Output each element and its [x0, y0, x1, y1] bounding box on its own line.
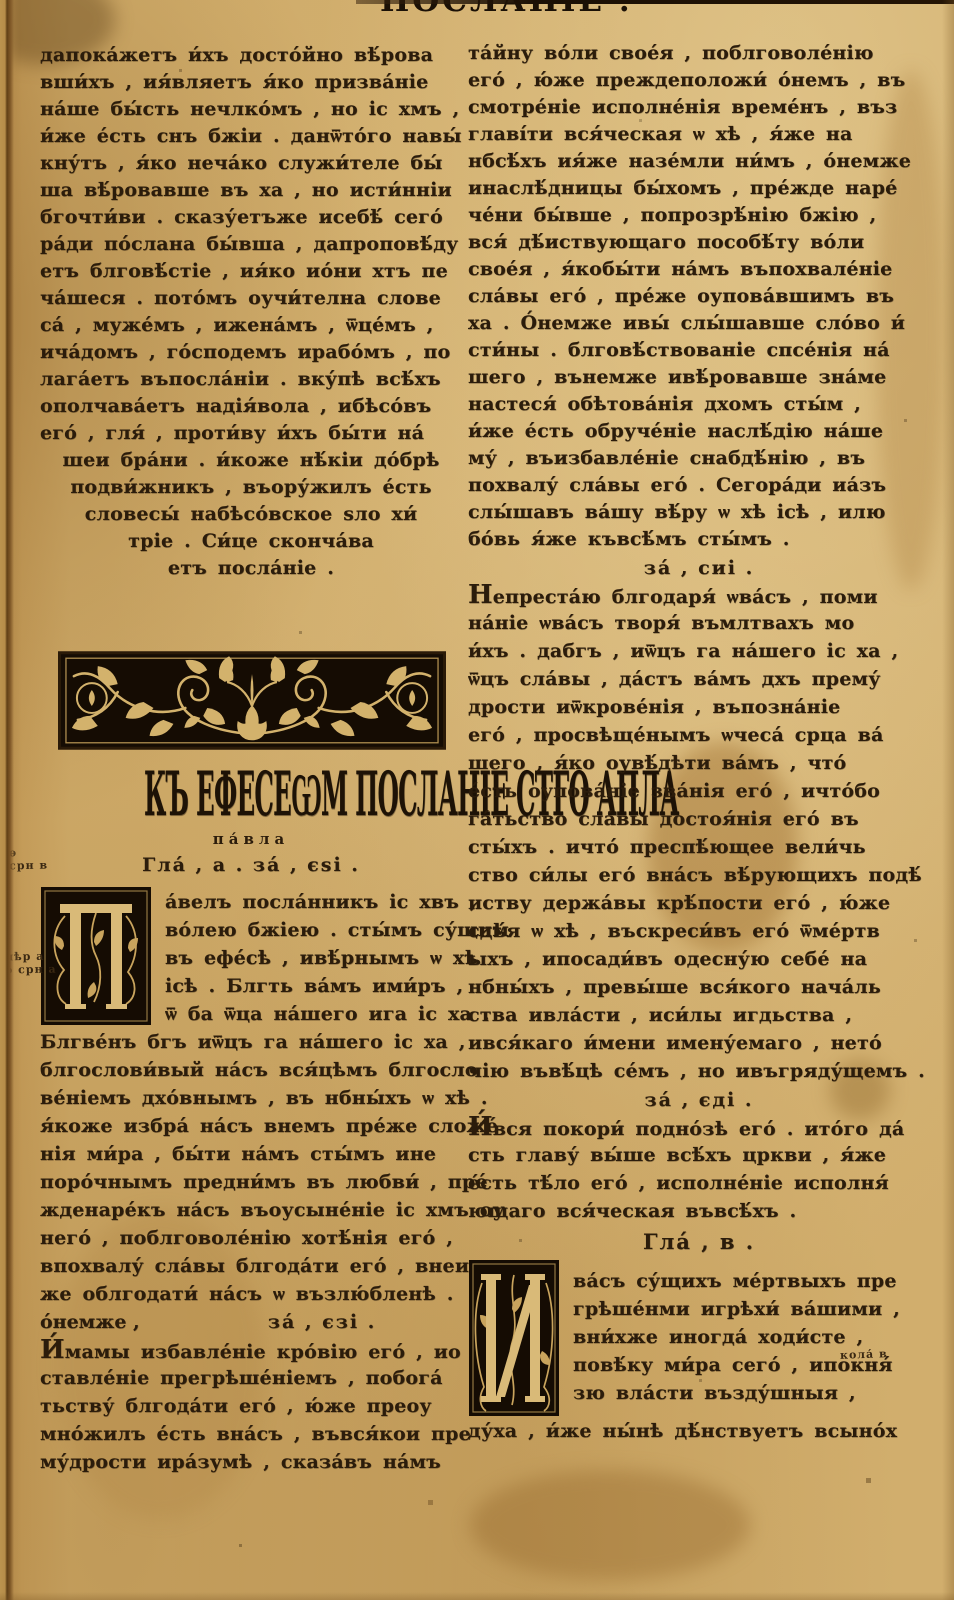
text-line: смотре́ніе исполне́нія време́нъ , въз — [468, 94, 930, 121]
chapter-1-heading: Гла́ , а . за́ , єѕі . — [40, 852, 462, 878]
text-line: ве́ніемъ дхо́внымъ , въ нбны́хъ ѡ хѣ . — [40, 1084, 462, 1112]
text-line: му́ , въизбавле́ніе снабдѣ́нію , въ — [468, 445, 930, 472]
text-line: вши́хъ , ия́вляетъ я́ко призва́ніе — [40, 69, 462, 96]
text-line: его́ , гля́ , проти́ву и́хъ бы́ти на́ — [40, 420, 462, 447]
text-line: дрости иѿкрове́нія , въпозна́ніе — [468, 693, 930, 721]
text-line: ра́ди по́слана бы́вша , дапроповѣ́ду — [40, 231, 462, 258]
text-line: Непреста́ю блгодаря́ ѡва́съ , поми — [468, 581, 930, 609]
text-line: инаслѣ́дницы бы́хомъ , пре́жде наре́ — [468, 175, 930, 202]
text-line: сты́хъ . ичто́ преспѣ́ющее вели́чь — [468, 833, 930, 861]
text-line: нія ми́ра , бы́ти на́мъ сты́мъ ине — [40, 1140, 462, 1168]
text-line: И́вся покори́ подно́зѣ его́ . ито́го да́ — [468, 1113, 930, 1141]
text-line: та́йну во́ли свое́я , поблговоле́нію — [468, 40, 930, 67]
text-line: сть главу́ вы́ше всѣ́хъ цркви , я́же — [468, 1141, 930, 1169]
text-line: слы́шавъ ва́шу вѣ́ру ѡ хѣ ісѣ , илю — [468, 499, 930, 526]
chapter-2-opening: ва́съ су́щихъ ме́ртвыхъ прегрѣше́нми игр… — [468, 1265, 930, 1417]
book-title: КЪ ЕФЕСЕѠМ ПОСЛАНІЕ СТГО АПЛА — [40, 760, 462, 828]
text-line: и́хъ . дабгъ , иѿцъ га на́шего іс ха , — [468, 637, 930, 665]
text-line: сла́вы его́ , пре́же оупова́вшимъ въ — [468, 283, 930, 310]
text-line: че́ни бы́вше , попрозрѣ́нію бжію , — [468, 202, 930, 229]
text-line: настеся́ обѣтова́нія дхомъ сты́м , — [468, 391, 930, 418]
text-line: я́коже избра́ на́съ внемъ пре́же сложе́ — [40, 1112, 462, 1140]
page-right-edge — [942, 0, 954, 1600]
ephesians-1-paragraph: Блгве́нъ бгъ иѿцъ га на́шего іс ха ,блго… — [40, 1028, 462, 1308]
text-line: дапока́жетъ и́хъ досто́йно вѣ́рова — [40, 42, 462, 69]
text-line: вни́хже иногда́ ходи́сте , — [573, 1323, 900, 1351]
text-line: и́же е́сть снъ бжіи . данѿто́го навы́ — [40, 123, 462, 150]
text-line: сдѣ́я ѡ хѣ , въскреси́въ его́ ѿме́ртв — [468, 917, 930, 945]
text-line: впохвалу́ сла́вы блгода́ти его́ , внеи — [40, 1252, 462, 1280]
opening-lines: а́велъ посла́нникъ іс хвъ ,во́лею бжіею … — [165, 886, 509, 1028]
preface-colophon: шеи бра́ни . и́коже нѣ́кіи до́брѣподви́ж… — [40, 447, 462, 582]
text-line: же облгодати́ на́съ ѡ възлю́бленѣ . — [40, 1280, 462, 1308]
text-line: кну́тъ , я́ко неча́ко служи́теле бы́ — [40, 150, 462, 177]
text-line: жденаре́къ на́съ въоусыне́ніе іс хмъ оу — [40, 1196, 462, 1224]
dropcap-P-woodcut — [40, 886, 152, 1026]
left-column: дапока́жетъ и́хъ досто́йно вѣ́ровавши́хъ… — [40, 42, 462, 1476]
text-line: во́лею бжіею . сты́мъ су́щим — [165, 916, 509, 944]
preface-end-paragraph: дапока́жетъ и́хъ досто́йно вѣ́ровавши́хъ… — [40, 42, 462, 447]
text-line: ича́домъ , го́сподемъ ирабо́мъ , по — [40, 339, 462, 366]
text-line: га́тьство сла́вы достоя́нія его́ въ — [468, 805, 930, 833]
text-line: ісѣ . Блгть ва́мъ ими́ръ , — [165, 972, 509, 1000]
text-line: и́же е́сть обруче́ніе наслѣ́дію на́ше — [468, 418, 930, 445]
text-line: ѿ ба ѿца на́шего ига іс ха . — [165, 1000, 509, 1028]
text-line: лага́етъ въпосла́ніи . вку́пѣ всѣ́хъ — [40, 366, 462, 393]
text-line: ха . О́немже ивы́ слы́шавше сло́во и́ — [468, 310, 930, 337]
text-line: етъ блговѣ́стіе , ия́ко ио́ни хтъ пе — [40, 258, 462, 285]
text-line: нбсѣ́хъ ия́же назе́мли ни́мъ , о́немже — [468, 148, 930, 175]
text-line: его́ , ю́же преждеположи́ о́немъ , въ — [468, 67, 930, 94]
text-line: е́сть тѣ́ло его́ , исполне́ніе исполня́ — [468, 1169, 930, 1197]
headpiece-woodcut — [58, 648, 446, 752]
book-title-author: па́вла — [40, 828, 462, 850]
text-line: са́ , муже́мъ , ижена́мъ , ѿце́мъ , — [40, 312, 462, 339]
text-line: ився́каго и́мени имену́емаго , нето́ — [468, 1029, 930, 1057]
text-line: етъ посла́ніе . — [40, 555, 462, 582]
text-line: похвалу́ сла́вы его́ . Сегора́ди иа́зъ — [468, 472, 930, 499]
text-line: ша вѣ́ровавше въ ха , но исти́нніи — [40, 177, 462, 204]
text-line: главі́ти вся́ческая ѡ хѣ , я́же на — [468, 121, 930, 148]
text-line: ства ивла́сти , иси́лы игдьства , — [468, 1001, 930, 1029]
text-line: чію въвѣ́цѣ се́мъ , но ивъгряду́щемъ . — [468, 1057, 930, 1085]
margin-note-colossians-ref: кола́ в — [840, 1347, 888, 1362]
verse-lead: о́немже , — [40, 1311, 140, 1333]
text-line: свое́я , я́кобы́ти на́мъ въпохвале́ніе — [468, 256, 930, 283]
final-line: ду́ха , и́же ны́нѣ дѣ́нствуетъ всыно́х — [468, 1417, 930, 1445]
text-line: му́дрости ира́зумѣ , сказа́въ на́мъ — [40, 1448, 462, 1476]
text-line: ыхъ , ипосади́въ одесну́ю себе́ на — [468, 945, 930, 973]
text-line: поро́чнымъ предни́мъ въ любви́ , пре́ — [40, 1168, 462, 1196]
text-line: ду́ха , и́же ны́нѣ дѣ́нствуетъ всыно́х — [468, 1417, 930, 1445]
text-line: словесы́ набѣсо́вское ѕло хи́ — [40, 501, 462, 528]
text-line: тьству́ блгода́ти его́ , ю́же преоу — [40, 1392, 462, 1420]
text-line: кола́ в — [840, 1347, 888, 1362]
text-line: бгочти́ви . сказу́етъже исебѣ́ сего́ — [40, 204, 462, 231]
text-line: подви́жникъ , въору́жилъ е́сть — [40, 474, 462, 501]
redemption-paragraph: И́мамы избавле́ніе кро́вію его́ , иостав… — [40, 1336, 462, 1476]
chapter-2-lines: ва́съ су́щихъ ме́ртвыхъ прегрѣше́нми игр… — [573, 1265, 900, 1407]
text-line: вся́ дѣ́иствующаго пособѣ́ту во́ли — [468, 229, 930, 256]
page-bottom-edge — [0, 1592, 954, 1600]
paper-stain — [470, 1470, 750, 1580]
page-gutter-edge — [0, 0, 20, 1600]
text-line: е́сть оупова́ніе зва́нія его́ , ичто́бо — [468, 777, 930, 805]
text-line: него́ , поблговоле́нію хотѣ́нія его́ , — [40, 1224, 462, 1252]
text-line: ющаго вся́ческая въвсѣ́хъ . — [468, 1197, 930, 1225]
dropcap-I-woodcut — [468, 1259, 560, 1417]
thanksgiving-paragraph: Непреста́ю блгодаря́ ѡва́съ , помина́ніе… — [468, 581, 930, 1085]
text-line: его́ , просвѣще́нымъ ѡчеса́ срца ва́ — [468, 721, 930, 749]
text-line: нбны́хъ , превы́ше вся́кого нача́ль — [468, 973, 930, 1001]
text-line: грѣше́нми игрѣхи́ ва́шими , — [573, 1295, 900, 1323]
text-line: И́мамы избавле́ніе кро́вію его́ , ио — [40, 1336, 462, 1364]
text-line: шего , я́ко оувѣ́дѣти ва́мъ , что́ — [468, 749, 930, 777]
text-line: блгослови́вый на́съ вся́цѣмъ блгосло — [40, 1056, 462, 1084]
text-line: ставле́ніе прегрѣше́ніемъ , побога́ — [40, 1364, 462, 1392]
text-line: зю вла́сти възду́шныя , — [573, 1379, 900, 1407]
text-line: ополчава́етъ надія́вола , ибѣсо́въ — [40, 393, 462, 420]
text-line: шеи бра́ни . и́коже нѣ́кіи до́брѣ — [40, 447, 462, 474]
text-line: ство си́лы его́ вна́съ вѣ́рующихъ подѣ́ — [468, 861, 930, 889]
text-line: тріе . Си́це сконча́ва — [40, 528, 462, 555]
text-line: въ ефе́сѣ , ивѣ́рнымъ ѡ хѣ — [165, 944, 509, 972]
text-line: ча́шеся . пото́мъ оучи́телна слове — [40, 285, 462, 312]
text-line: иству держа́вы крѣ́пости его́ , ю́же — [468, 889, 930, 917]
text-line: сти́ны . блговѣ́ствованіе спсе́нія на́ — [468, 337, 930, 364]
text-line: ва́съ су́щихъ ме́ртвыхъ пре — [573, 1267, 900, 1295]
page-top-edge — [356, 0, 954, 4]
text-line: Блгве́нъ бгъ иѿцъ га на́шего іс ха , — [40, 1028, 462, 1056]
book-page: ПОСЛАНІЕ . дапока́жетъ и́хъ досто́йно вѣ… — [0, 0, 954, 1600]
text-line: бо́вь я́же къвсѣ́мъ сты́мъ . — [468, 526, 930, 553]
text-line: а́велъ посла́нникъ іс хвъ , — [165, 888, 509, 916]
right-column: та́йну во́ли свое́я , поблговоле́ніюего́… — [468, 40, 930, 1445]
opening-paragraph: а́велъ посла́нникъ іс хвъ ,во́лею бжіею … — [40, 886, 462, 1028]
zachalo-split-line: о́немже , за́ , єзі . — [40, 1308, 462, 1336]
text-line: на́ніе ѡва́съ творя́ въмлтвахъ мо — [468, 609, 930, 637]
all-things-under-feet-paragraph: И́вся покори́ подно́зѣ его́ . ито́го да́… — [468, 1113, 930, 1225]
zachalo-17-marker: за́ , єзі . — [268, 1308, 376, 1336]
mystery-of-will-paragraph: та́йну во́ли свое́я , поблговоле́ніюего́… — [468, 40, 930, 553]
text-line: мно́жилъ е́сть вна́съ , въвся́кои пре — [40, 1420, 462, 1448]
text-line: ѿцъ сла́вы , да́стъ ва́мъ дхъ прему́ — [468, 665, 930, 693]
text-line: на́ше бы́сть нечлко́мъ , но іс хмъ , — [40, 96, 462, 123]
text-line: шего , вънемже ивѣ́ровавше зна́ме — [468, 364, 930, 391]
zachalo-218-marker: за́ , сиі . — [468, 555, 930, 581]
zachalo-15-marker: за́ , єді . — [468, 1087, 930, 1113]
chapter-2-heading: Гла́ , в . — [468, 1227, 930, 1257]
